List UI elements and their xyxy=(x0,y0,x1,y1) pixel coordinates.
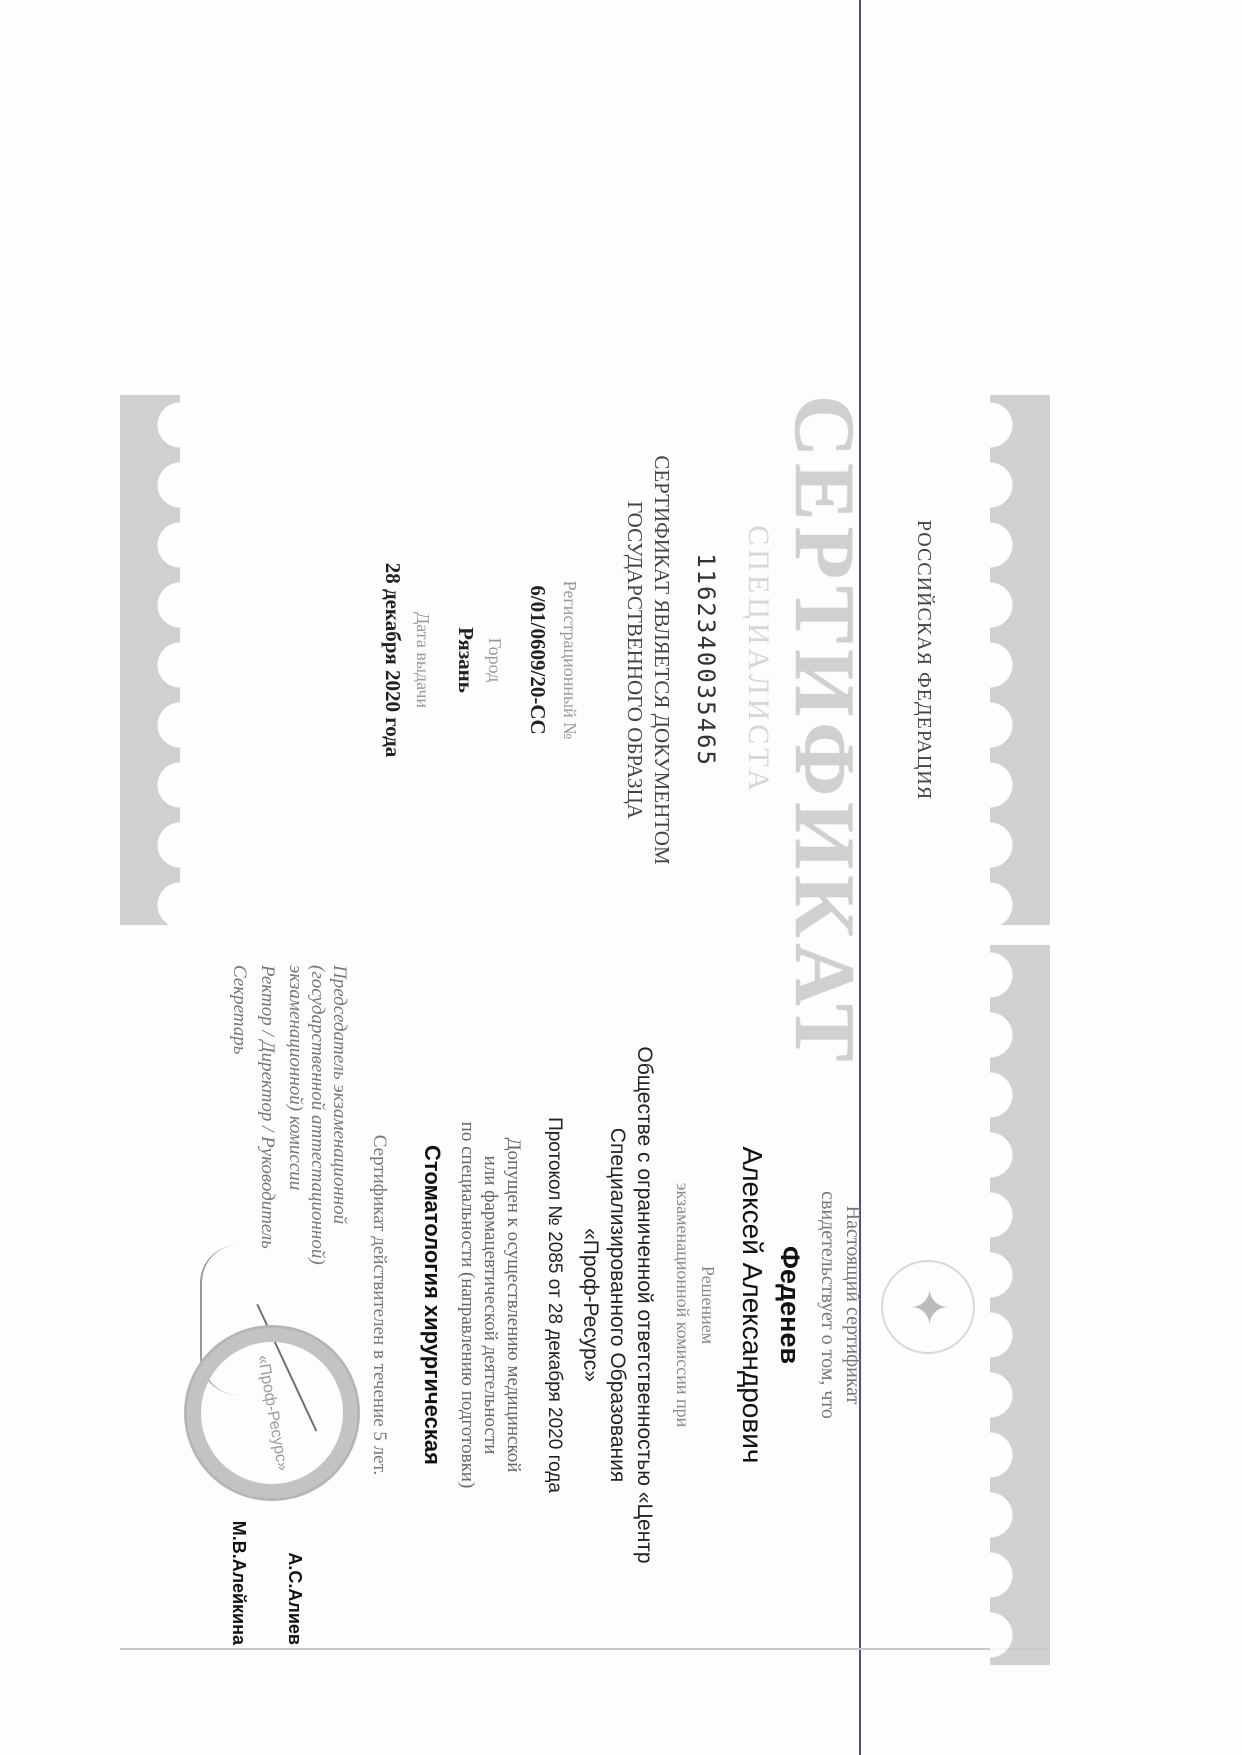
intro-text: Настоящий сертификат свидетельствует о т… xyxy=(815,945,865,1665)
city-value: Рязань xyxy=(453,395,478,925)
role-line: (государственной аттестационной) xyxy=(306,965,328,1295)
role-line: Председатель экзаменационной xyxy=(328,965,350,1295)
certificate: РОССИЙСКАЯ ФЕДЕРАЦИЯ СЕРТИФИКАТ СПЕЦИАЛИ… xyxy=(120,395,1050,1665)
org-line: Специализированного Образования xyxy=(604,945,631,1665)
org-line: Обществе с ограниченной ответственностью… xyxy=(631,945,658,1665)
protocol-reference: Протокол № 2085 от 28 декабря 2020 года xyxy=(543,945,565,1665)
state-doc-line: ГОСУДАРСТВЕННОГО ОБРАЗЦА xyxy=(621,395,648,925)
decorative-border xyxy=(990,395,1050,925)
admission-text: Допущен к осуществлению медицинской или … xyxy=(456,945,525,1665)
coat-of-arms-icon: ✦ xyxy=(881,1260,975,1354)
decision-line: Решением xyxy=(695,945,720,1665)
certificate-subtitle: СПЕЦИАЛИСТА xyxy=(741,395,775,925)
signatory-role: Ректор / Директор / Руководитель xyxy=(256,965,278,1295)
state-doc-line: СЕРТИФИКАТ ЯВЛЯЕТСЯ ДОКУМЕНТОМ xyxy=(648,395,675,925)
country-name: РОССИЙСКАЯ ФЕДЕРАЦИЯ xyxy=(912,395,935,925)
decorative-border xyxy=(990,945,1050,1665)
stamp-text: «Проф-Ресурс» xyxy=(253,1354,291,1473)
signatory-name: М.В.Алейкина xyxy=(228,1521,250,1645)
registration-number: 6/01/0609/20-СС xyxy=(525,395,550,925)
org-line: «Проф-Ресурс» xyxy=(577,945,604,1665)
state-document-note: СЕРТИФИКАТ ЯВЛЯЕТСЯ ДОКУМЕНТОМ ГОСУДАРСТ… xyxy=(621,395,675,925)
holder-surname: Феденев xyxy=(774,945,805,1665)
certificate-title: СЕРТИФИКАТ xyxy=(775,395,875,925)
validity-note: Сертификат действителен в течение 5 лет. xyxy=(368,945,390,1665)
organization-name: Обществе с ограниченной ответственностью… xyxy=(577,945,658,1665)
decision-text: Решением экзаменационной комиссии при xyxy=(670,945,720,1665)
decision-line: экзаменационной комиссии при xyxy=(670,945,695,1665)
serial-number: 1162340035465 xyxy=(692,395,720,925)
signatory-name: А.С.Алиев xyxy=(284,1552,306,1645)
decorative-border xyxy=(120,395,180,925)
admission-line: Допущен к осуществлению медицинской xyxy=(502,945,525,1665)
city-label: Город xyxy=(484,395,505,925)
holder-given-names: Алексей Александрович xyxy=(736,945,768,1665)
signatory-role: Председатель экзаменационной (государств… xyxy=(284,965,350,1295)
certificate-left-page: РОССИЙСКАЯ ФЕДЕРАЦИЯ СЕРТИФИКАТ СПЕЦИАЛИ… xyxy=(120,395,1050,925)
issue-date: 28 декабря 2020 года xyxy=(380,395,405,925)
intro-line: свидетельствует о том, что xyxy=(815,945,840,1665)
role-line: экзаменационной) комиссии xyxy=(284,965,306,1295)
issue-date-label: Дата выдачи xyxy=(412,395,433,925)
admission-line: по специальности (направлению подготовки… xyxy=(456,945,479,1665)
intro-line: Настоящий сертификат xyxy=(840,945,865,1665)
registration-label: Регистрационный № xyxy=(559,395,580,925)
admission-line: или фармацевтической деятельности xyxy=(479,945,502,1665)
specialty: Стоматология хирургическая xyxy=(419,945,445,1665)
certificate-right-page: ✦ Настоящий сертификат свидетельствует о… xyxy=(120,945,1050,1665)
